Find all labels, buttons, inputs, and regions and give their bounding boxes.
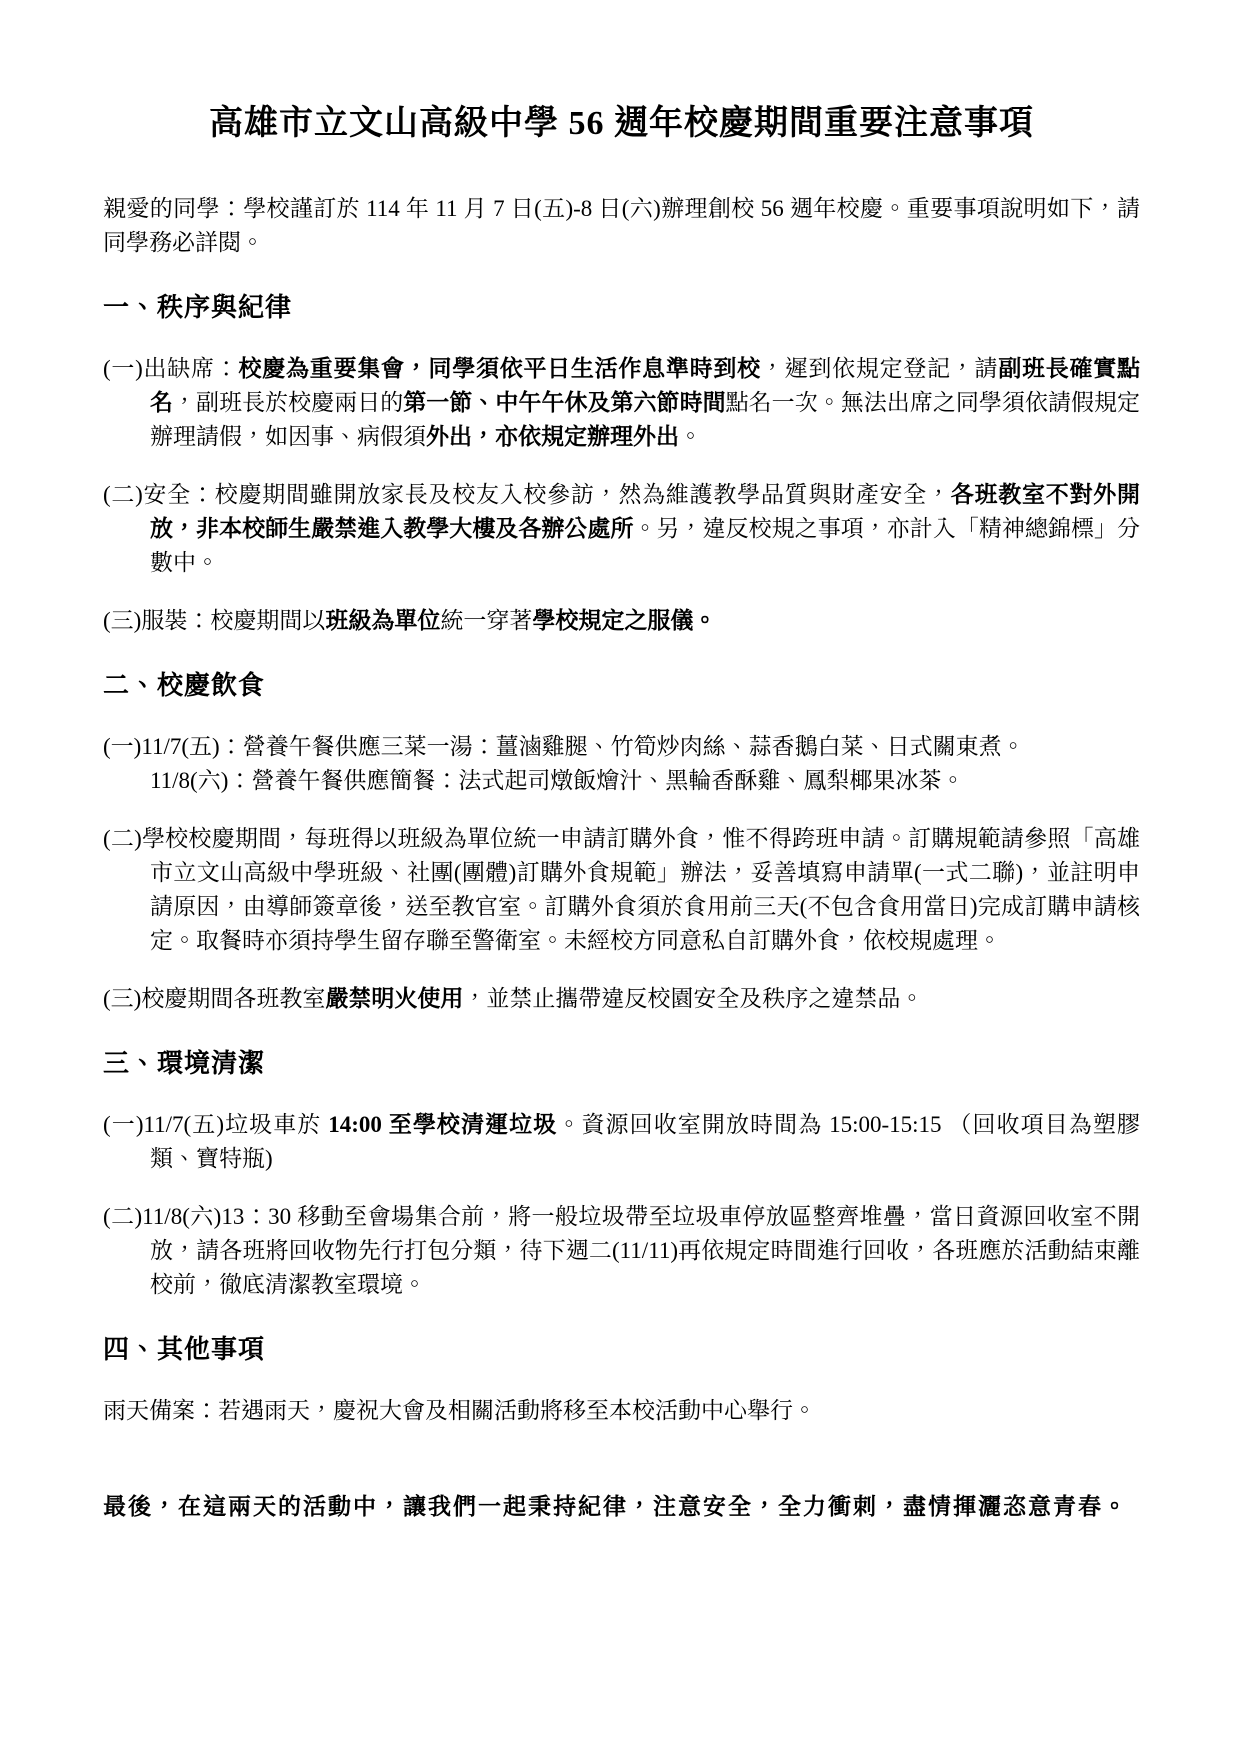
section1-item-attendance: (一)出缺席：校慶為重要集會，同學須依平日生活作息準時到校，遲到依規定登記，請副… [103, 352, 1140, 454]
text-run: 雨天備案：若遇雨天，慶祝大會及相關活動將移至本校活動中心舉行。 [103, 1398, 816, 1423]
text-run: 14:00 至學校清運垃圾 [328, 1112, 557, 1137]
section2-item-lunch-menu: (一)11/7(五)：營養午餐供應三菜一湯：薑滷雞腿、竹筍炒肉絲、蒜香鵝白菜、日… [103, 730, 1140, 798]
section-heading-cleanliness: 三、環境清潔 [103, 1044, 1140, 1084]
section-heading-food: 二、校慶飲食 [103, 666, 1140, 706]
text-run: 。 [679, 424, 702, 449]
section3-item-garbage-truck: (一)11/7(五)垃圾車於 14:00 至學校清運垃圾。資源回收室開放時間為 … [103, 1108, 1140, 1176]
text-run: 最後，在這兩天的活動中，讓我們一起秉持紀律，注意安全，全力衝刺，盡情揮灑恣意青春… [103, 1494, 1128, 1519]
section3-item-recycling: (二)11/8(六)13：30 移動至會場集合前，將一般垃圾帶至垃圾車停放區整齊… [103, 1200, 1140, 1302]
section1-item-dress-code: (三)服裝：校慶期間以班級為單位統一穿著學校規定之服儀。 [103, 604, 1140, 638]
text-run: (一)11/7(五)垃圾車於 [103, 1112, 328, 1137]
text-run: (二)11/8(六)13：30 移動至會場集合前，將一般垃圾帶至垃圾車停放區整齊… [103, 1204, 1140, 1297]
text-run: 外出，亦依規定辦理外出 [426, 424, 679, 449]
document-page: 高雄市立文山高級中學 56 週年校慶期間重要注意事項 親愛的同學：學校謹訂於 1… [0, 0, 1241, 1755]
section2-item-outside-food: (二)學校校慶期間，每班得以班級為單位統一申請訂購外食，惟不得跨班申請。訂購規範… [103, 822, 1140, 958]
text-run: ，遲到依規定登記，請 [761, 356, 998, 381]
text-run: 嚴禁明火使用 [325, 986, 463, 1011]
section1-item-safety: (二)安全：校慶期間雖開放家長及校友入校參訪，然為維護教學品質與財產安全，各班教… [103, 478, 1140, 580]
text-run: ，並禁止攜帶違反校園安全及秩序之違禁品。 [463, 986, 923, 1011]
text-run: (二)學校校慶期間，每班得以班級為單位統一申請訂購外食，惟不得跨班申請。訂購規範… [103, 826, 1140, 953]
text-run: (三)校慶期間各班教室 [103, 986, 325, 1011]
closing-statement: 最後，在這兩天的活動中，讓我們一起秉持紀律，注意安全，全力衝刺，盡情揮灑恣意青春… [103, 1490, 1140, 1524]
text-run: (三)服裝：校慶期間以 [103, 608, 325, 633]
text-run: 學校規定之服儀。 [532, 608, 716, 633]
section-heading-order-discipline: 一、秩序與紀律 [103, 288, 1140, 328]
text-run: (一)11/7(五)：營養午餐供應三菜一湯：薑滷雞腿、竹筍炒肉絲、蒜香鵝白菜、日… [103, 734, 1025, 793]
text-run: 統一穿著 [440, 608, 532, 633]
text-run: 班級為單位 [325, 608, 440, 633]
section-heading-other: 四、其他事項 [103, 1330, 1140, 1370]
text-run: (一)出缺席： [103, 356, 239, 381]
text-run: (二)安全：校慶期間雖開放家長及校友入校參訪，然為維護教學品質與財產安全， [103, 482, 951, 507]
text-run: 校慶為重要集會，同學須依平日生活作息準時到校 [239, 356, 761, 381]
section2-item-no-open-flame: (三)校慶期間各班教室嚴禁明火使用，並禁止攜帶違反校園安全及秩序之違禁品。 [103, 982, 1140, 1016]
document-title: 高雄市立文山高級中學 56 週年校慶期間重要注意事項 [103, 100, 1140, 148]
text-run: 親愛的同學：學校謹訂於 114 年 11 月 7 日(五)-8 日(六)辦理創校… [103, 196, 1140, 255]
section4-rain-plan: 雨天備案：若遇雨天，慶祝大會及相關活動將移至本校活動中心舉行。 [103, 1394, 1140, 1428]
text-run: 第一節、中午午休及第六節時間 [403, 390, 725, 415]
intro-paragraph: 親愛的同學：學校謹訂於 114 年 11 月 7 日(五)-8 日(六)辦理創校… [103, 192, 1140, 260]
text-run: ，副班長於校慶兩日的 [173, 390, 403, 415]
